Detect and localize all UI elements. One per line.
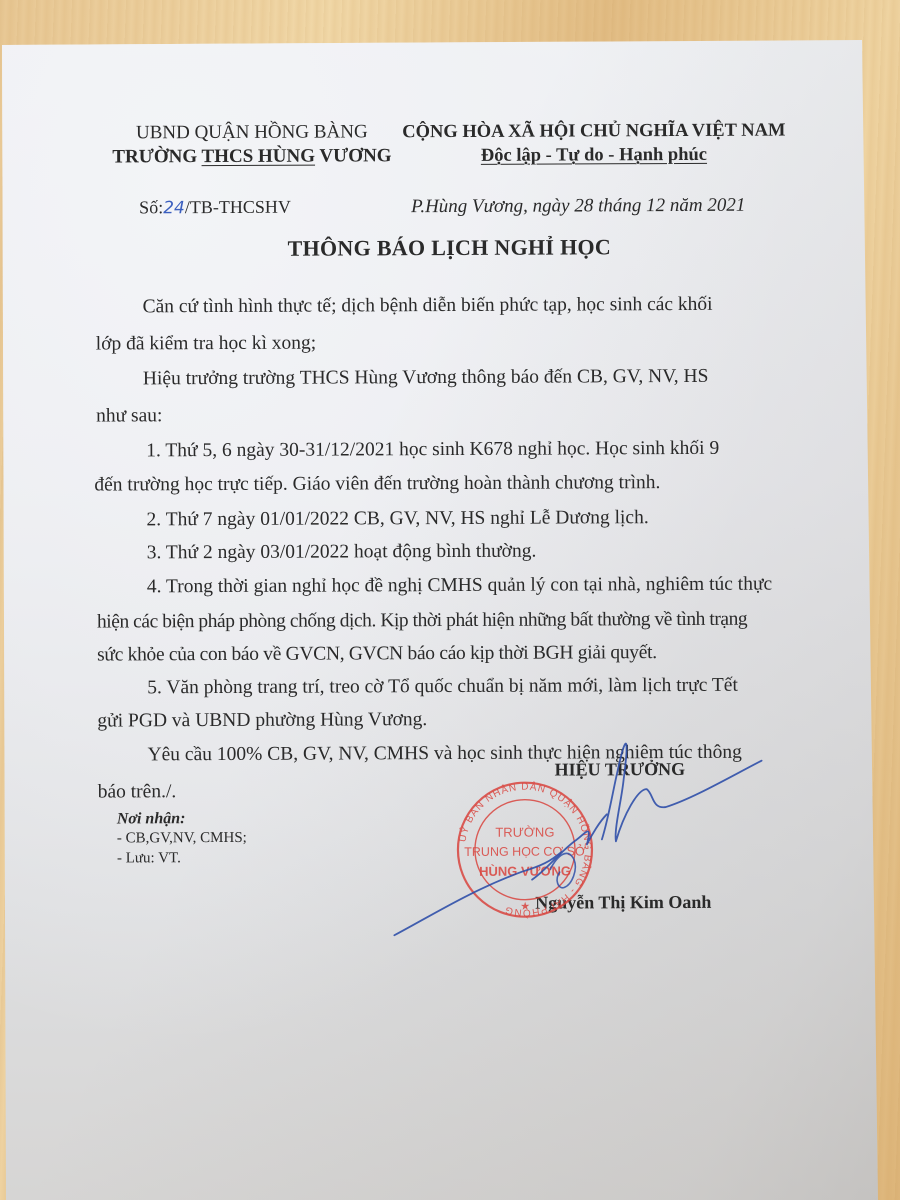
announcement-document: UBND QUẬN HỒNG BÀNG TRƯỜNG THCS HÙNG VƯƠ… — [0, 0, 900, 1200]
handwritten-signature — [0, 0, 900, 1200]
